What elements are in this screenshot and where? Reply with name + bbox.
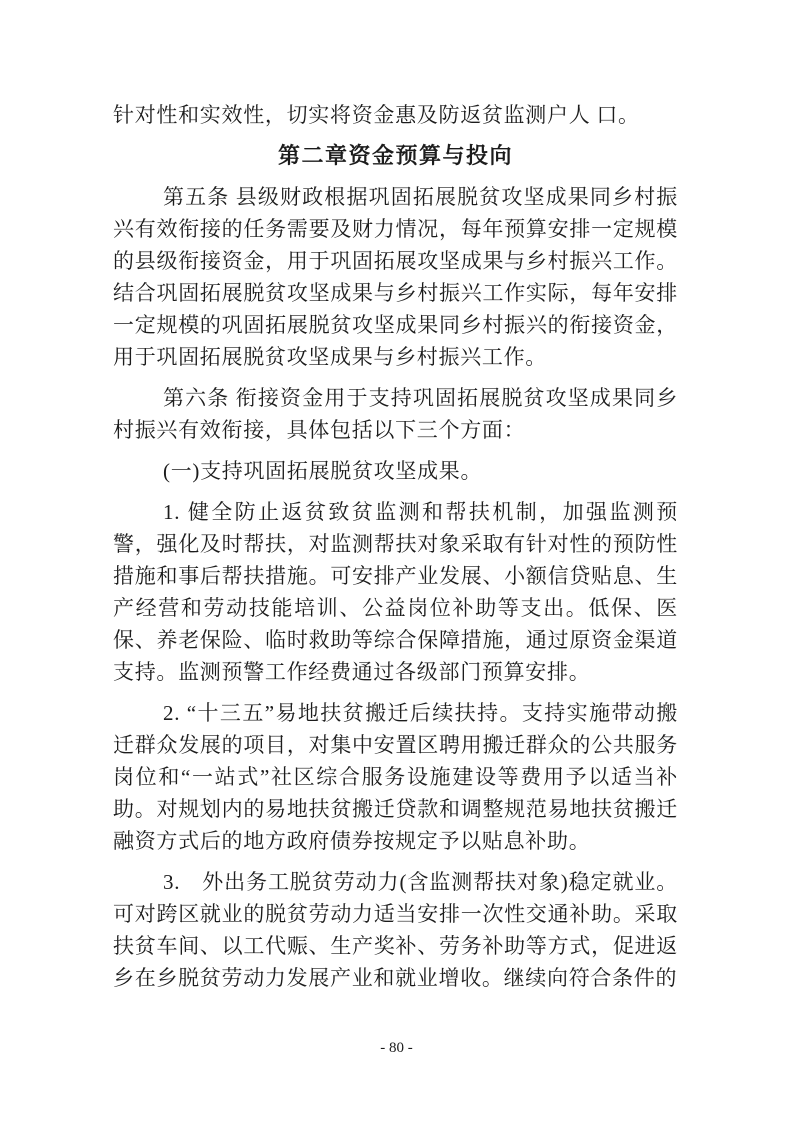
paragraph: (一)支持巩固拓展脱贫攻坚成果。 [113,455,678,487]
paragraph: 2. “十三五”易地扶贫搬迁后续扶持。支持实施带动搬迁群众发展的项目，对集中安置… [113,697,678,857]
paragraph: 针对性和实效性，切实将资金惠及防返贫监测户人 口。 [113,99,678,131]
paragraph: 1. 健全防止返贫致贫监测和帮扶机制，加强监测预警，强化及时帮扶，对监测帮扶对象… [113,496,678,688]
chapter-heading: 第二章资金预算与投向 [113,140,678,172]
document-content: 针对性和实效性，切实将资金惠及防返贫监测户人 口。第二章资金预算与投向第五条 县… [113,99,678,1003]
document-page: 针对性和实效性，切实将资金惠及防返贫监测户人 口。第二章资金预算与投向第五条 县… [0,0,793,1122]
paragraph: 3. 外出务工脱贫劳动力(含监测帮扶对象)稳定就业。可对跨区就业的脱贫劳动力适当… [113,866,678,994]
paragraph: 第五条 县级财政根据巩固拓展脱贫攻坚成果同乡村振兴有效衔接的任务需要及财力情况，… [113,181,678,373]
page-footer: - 80 - [0,1040,793,1057]
paragraph: 第六条 衔接资金用于支持巩固拓展脱贫攻坚成果同乡村振兴有效衔接，具体包括以下三个… [113,382,678,446]
page-number: - 80 - [380,1040,413,1056]
